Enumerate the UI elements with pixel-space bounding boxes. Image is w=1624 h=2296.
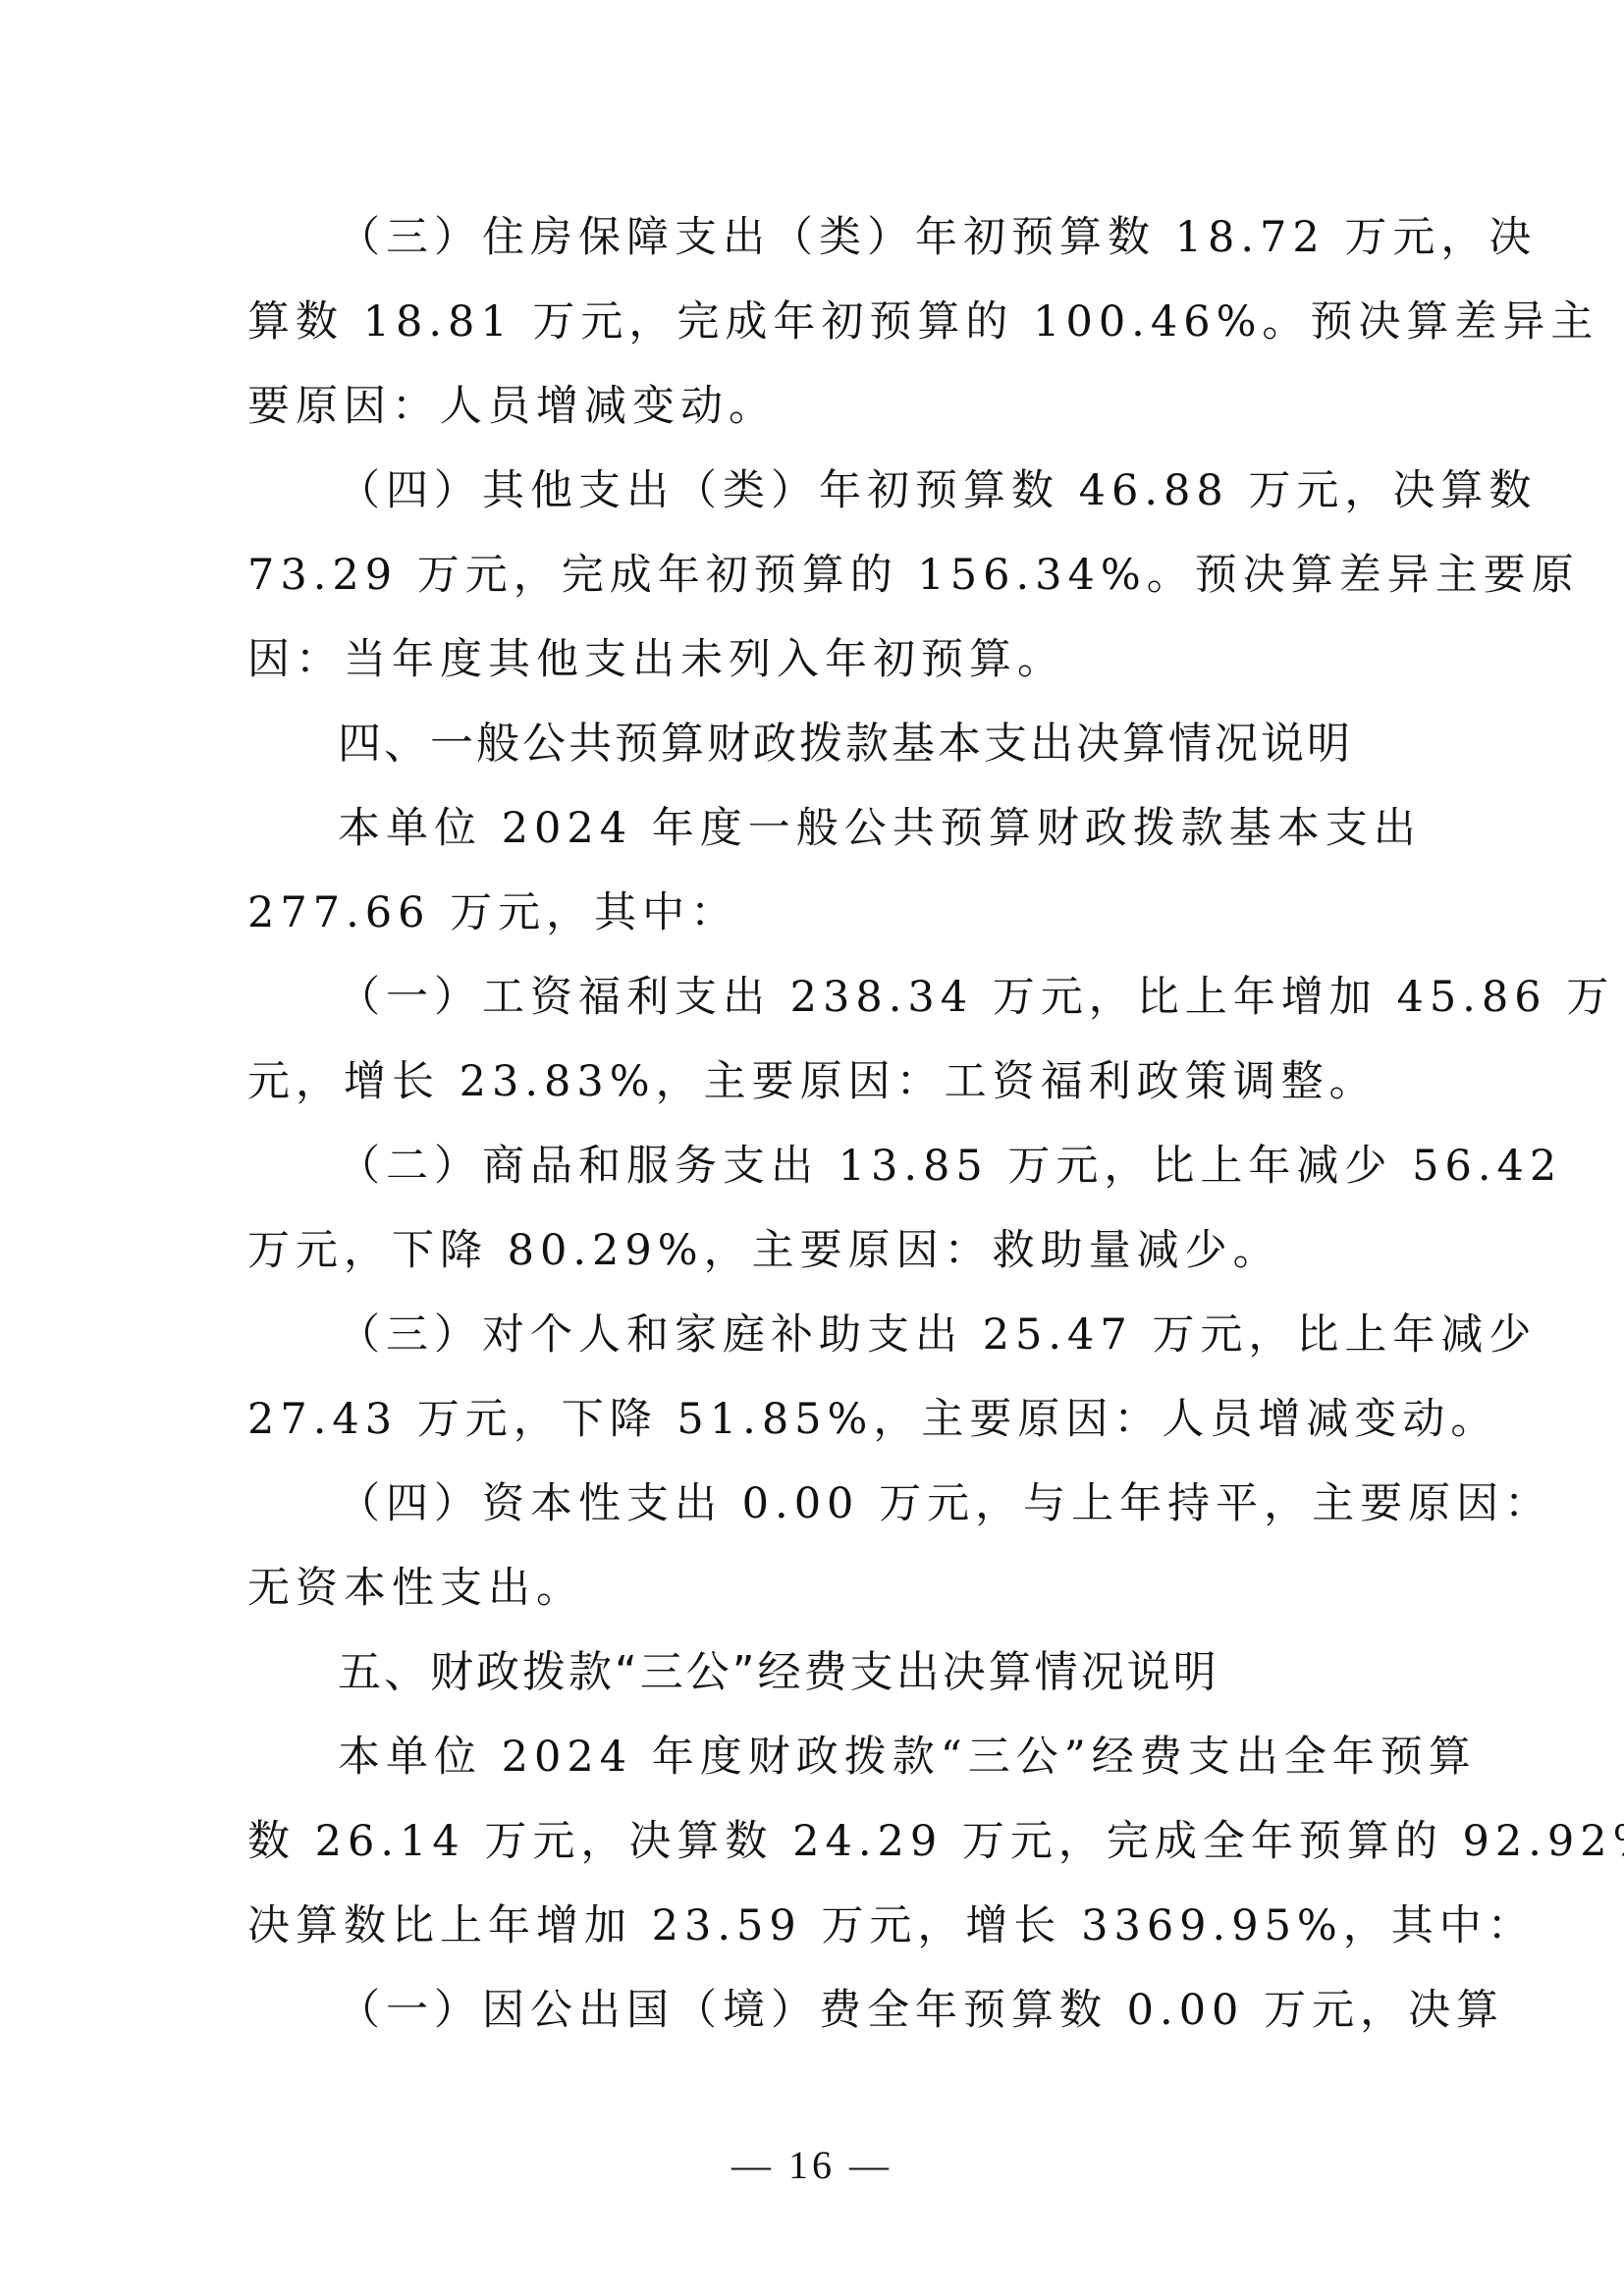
paragraph-other-line-3: 因：当年度其他支出未列入年初预算。: [247, 630, 1065, 689]
paragraph-housing-line-3: 要原因：人员增减变动。: [247, 377, 777, 436]
section5-intro-line-2: 数 26.14 万元，决算数 24.29 万元，完成全年预算的 92.92%；: [247, 1812, 1624, 1871]
section-heading-4: 四、一般公共预算财政拨款基本支出决算情况说明: [338, 715, 1353, 774]
paragraph-subsidy-line-2: 27.43 万元，下降 51.85%，主要原因：人员增减变动。: [247, 1390, 1498, 1449]
paragraph-other-line-1: （四）其他支出（类）年初预算数 46.88 万元，决算数: [338, 461, 1537, 520]
paragraph-housing-line-1: （三）住房保障支出（类）年初预算数 18.72 万元，决: [338, 208, 1537, 267]
section4-intro-line-1: 本单位 2024 年度一般公共预算财政拨款基本支出: [338, 799, 1422, 858]
paragraph-goods-line-1: （二）商品和服务支出 13.85 万元，比上年减少 56.42: [338, 1137, 1562, 1196]
page-number: — 16 —: [0, 2142, 1624, 2188]
paragraph-overseas-line-1: （一）因公出国（境）费全年预算数 0.00 万元，决算: [338, 1981, 1504, 2040]
paragraph-other-line-2: 73.29 万元，完成年初预算的 156.34%。预决算差异主要原: [247, 546, 1580, 605]
paragraph-capital-line-1: （四）资本性支出 0.00 万元，与上年持平，主要原因：: [338, 1474, 1552, 1533]
paragraph-subsidy-line-1: （三）对个人和家庭补助支出 25.47 万元，比上年减少: [338, 1306, 1537, 1364]
section5-intro-line-1: 本单位 2024 年度财政拨款“三公”经费支出全年预算: [338, 1728, 1477, 1787]
section4-intro-line-2: 277.66 万元，其中：: [247, 883, 738, 942]
paragraph-wages-line-2: 元，增长 23.83%，主要原因：工资福利政策调整。: [247, 1052, 1378, 1111]
paragraph-capital-line-2: 无资本性支出。: [247, 1559, 584, 1618]
paragraph-housing-line-2: 算数 18.81 万元，完成年初预算的 100.46%。预决算差异主: [247, 293, 1598, 351]
paragraph-goods-line-2: 万元，下降 80.29%，主要原因：救助量减少。: [247, 1221, 1281, 1280]
paragraph-wages-line-1: （一）工资福利支出 238.34 万元，比上年增加 45.86 万: [338, 968, 1614, 1027]
section5-intro-line-3: 决算数比上年增加 23.59 万元，增长 3369.95%，其中：: [247, 1896, 1536, 1955]
section-heading-5: 五、财政拨款“三公”经费支出决算情况说明: [338, 1643, 1219, 1702]
